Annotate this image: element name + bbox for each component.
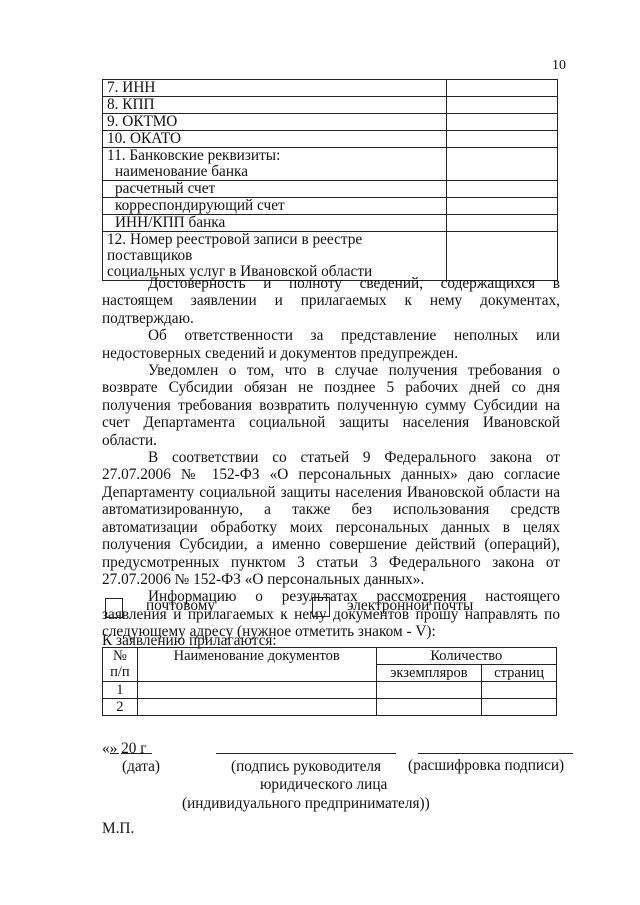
attachments-table: № п/п Наименование документов Количество…: [102, 647, 557, 716]
stamp-place: М.П.: [102, 820, 134, 838]
inn-label: 7. ИНН: [103, 80, 447, 97]
corr-account-label: корреспондирующий счет: [103, 198, 447, 215]
corr-account-field[interactable]: [447, 198, 558, 215]
okato-label: 10. ОКАТО: [103, 131, 447, 148]
paragraph-personal-data-consent: В соответствии со статьей 9 Федерального…: [102, 449, 560, 588]
col-header-number: № п/п: [103, 648, 138, 682]
table-header-row: № п/п Наименование документов Количество: [103, 648, 557, 665]
paragraph-responsibility: Об ответственности за представление непо…: [102, 327, 560, 362]
paragraph-accuracy: Достоверность и полноту сведений, содерж…: [102, 275, 560, 327]
table-row: 7. ИНН: [103, 80, 558, 97]
table-row: ИНН/КПП банка: [103, 215, 558, 232]
year-blank[interactable]: [140, 740, 152, 754]
inn-field[interactable]: [447, 80, 558, 97]
oktmo-field[interactable]: [447, 114, 558, 131]
bank-inn-kpp-label: ИНН/КПП банка: [103, 215, 447, 232]
table-row: 2: [103, 699, 557, 716]
email-checkbox[interactable]: [312, 597, 330, 617]
signature-block: «» 20 г (дата) (подпись руководителя юри…: [102, 740, 572, 850]
signature-caption-3: (индивидуального предпринимателя)): [182, 795, 430, 813]
registry-number-field[interactable]: [447, 232, 558, 281]
table-row: 11. Банковские реквизиты: наименование б…: [103, 148, 558, 181]
bank-name-field[interactable]: [447, 148, 558, 181]
col-header-pages: страниц: [482, 665, 557, 682]
copies-field[interactable]: [376, 682, 482, 699]
col-header-copies: экземпляров: [376, 665, 482, 682]
page-number: 10: [552, 58, 566, 74]
date-open-quote: «: [102, 740, 110, 757]
kpp-field[interactable]: [447, 97, 558, 114]
copies-field[interactable]: [376, 699, 482, 716]
declaration-text: Достоверность и полноту сведений, содерж…: [102, 275, 560, 641]
bank-name-label: наименование банка: [107, 164, 442, 180]
registry-label-line1: 12. Номер реестровой записи в реестре по…: [107, 232, 442, 264]
registry-number-label: 12. Номер реестровой записи в реестре по…: [103, 232, 447, 281]
current-account-label: расчетный счет: [103, 181, 447, 198]
date-caption: (дата): [122, 758, 160, 776]
document-name-field[interactable]: [137, 682, 376, 699]
bank-details-heading: 11. Банковские реквизиты:: [107, 148, 442, 164]
day-blank[interactable]: [110, 740, 119, 754]
post-checkbox[interactable]: [105, 598, 123, 618]
table-row: корреспондирующий счет: [103, 198, 558, 215]
kpp-label: 8. КПП: [103, 97, 447, 114]
date-line[interactable]: «» 20 г: [102, 740, 147, 758]
col-header-quantity: Количество: [376, 648, 556, 665]
signature-caption-1: (подпись руководителя: [231, 758, 381, 776]
bank-details-label: 11. Банковские реквизиты: наименование б…: [103, 148, 447, 181]
table-row: 12. Номер реестровой записи в реестре по…: [103, 232, 558, 281]
post-option-label: почтовому: [146, 597, 215, 615]
number-abbrev: п/п: [105, 664, 135, 680]
pages-field[interactable]: [482, 699, 557, 716]
row-number: 1: [103, 682, 138, 699]
delivery-options: почтовому электронной почты: [102, 597, 560, 621]
pages-field[interactable]: [482, 682, 557, 699]
email-option-label: электронной почты: [347, 597, 473, 615]
col-header-document-name: Наименование документов: [137, 648, 376, 682]
table-row: расчетный счет: [103, 181, 558, 198]
paragraph-refund-notice: Уведомлен о том, что в случае получения …: [102, 362, 560, 449]
document-name-field[interactable]: [137, 699, 376, 716]
table-row: 10. ОКАТО: [103, 131, 558, 148]
okato-field[interactable]: [447, 131, 558, 148]
table-row: 9. ОКТМО: [103, 114, 558, 131]
applicant-details-table: 7. ИНН 8. КПП 9. ОКТМО 10. ОКАТО 11. Бан…: [102, 79, 558, 281]
table-row: 8. КПП: [103, 97, 558, 114]
decode-caption: (расшифровка подписи): [408, 757, 564, 775]
oktmo-label: 9. ОКТМО: [103, 114, 447, 131]
number-sign: №: [105, 648, 135, 664]
current-account-field[interactable]: [447, 181, 558, 198]
bank-inn-kpp-field[interactable]: [447, 215, 558, 232]
row-number: 2: [103, 699, 138, 716]
table-row: 1: [103, 682, 557, 699]
signature-caption-2: юридического лица: [260, 776, 387, 794]
